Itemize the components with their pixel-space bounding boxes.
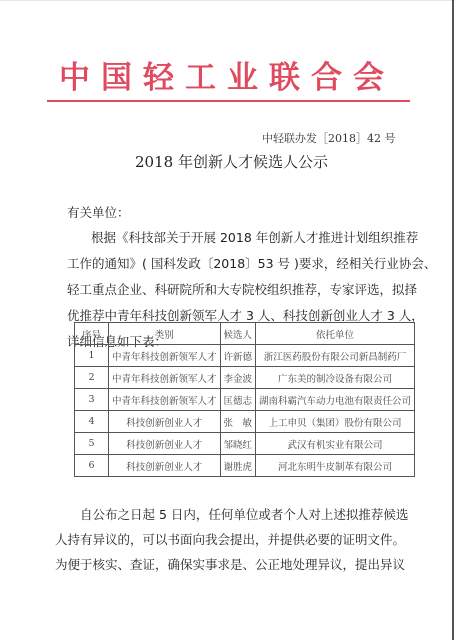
cell-category: 中青年科技创新领军人才 <box>109 345 221 367</box>
table-row: 4 科技创新创业人才 张 敏 上工申贝（集团）股份有限公司 <box>75 411 415 433</box>
cell-category: 科技创新创业人才 <box>109 455 221 477</box>
table-row: 3 中青年科技创新领军人才 匡德志 湖南科霸汽车动力电池有限责任公司 <box>75 389 415 411</box>
table-row: 6 科技创新创业人才 谢胜虎 河北东明牛皮制革有限公司 <box>75 455 415 477</box>
salutation: 有关单位： <box>67 203 130 223</box>
cell-category: 科技创新创业人才 <box>109 411 221 433</box>
paragraph-line: 自公布之日起 5 日内，任何单位或者个人对上述拟推荐候选 <box>55 502 408 527</box>
paragraph-line: 为便于核实、查证，确保实事求是、公正地处理异议，提出异议 <box>55 552 408 577</box>
cell-category: 中青年科技创新领军人才 <box>109 389 221 411</box>
table-row: 2 中青年科技创新领军人才 李金波 广东美的制冷设备有限公司 <box>75 367 415 389</box>
table-header-row: 序号 类别 候选人 依托单位 <box>75 323 415 345</box>
cell-candidate: 李金波 <box>220 367 256 389</box>
organization-masthead: 中国轻工业联合会 <box>46 58 408 98</box>
page-right-edge <box>452 0 454 640</box>
header-candidate: 候选人 <box>220 323 256 345</box>
paragraph-line: 人持有异议的，可以书面向我会提出，并提供必要的证明文件。 <box>55 527 408 552</box>
cell-candidate: 许新德 <box>220 345 256 367</box>
cell-index: 1 <box>75 345 109 367</box>
paragraph-line: 轻工重点企业、科研院所和大专院校组织推荐，专家评选，拟择 <box>67 277 387 303</box>
cell-candidate: 谢胜虎 <box>220 455 256 477</box>
paragraph-objection: 自公布之日起 5 日内，任何单位或者个人对上述拟推荐候选 人持有异议的，可以书面… <box>55 502 408 577</box>
cell-organization: 武汉有机实业有限公司 <box>256 433 415 455</box>
candidates-table: 序号 类别 候选人 依托单位 1 中青年科技创新领军人才 许新德 浙江医药股份有… <box>74 322 415 477</box>
document-title: 2018 年创新人才候选人公示 <box>135 151 328 172</box>
cell-index: 4 <box>75 411 109 433</box>
table-row: 5 科技创新创业人才 邹晓红 武汉有机实业有限公司 <box>75 433 415 455</box>
paragraph-line: 工作的通知》( 国科发政〔2018〕53 号 )要求，经相关行业协会、 <box>67 251 387 277</box>
header-organization: 依托单位 <box>256 323 415 345</box>
cell-organization: 上工申贝（集团）股份有限公司 <box>256 411 415 433</box>
header-category: 类别 <box>109 323 221 345</box>
cell-candidate: 邹晓红 <box>220 433 256 455</box>
cell-category: 科技创新创业人才 <box>109 433 221 455</box>
cell-organization: 河北东明牛皮制革有限公司 <box>256 455 415 477</box>
table-row: 1 中青年科技创新领军人才 许新德 浙江医药股份有限公司新昌制药厂 <box>75 345 415 367</box>
page-top-edge <box>0 0 455 1</box>
cell-organization: 浙江医药股份有限公司新昌制药厂 <box>256 345 415 367</box>
cell-organization: 湖南科霸汽车动力电池有限责任公司 <box>256 389 415 411</box>
cell-candidate: 张 敏 <box>220 411 256 433</box>
cell-organization: 广东美的制冷设备有限公司 <box>256 367 415 389</box>
cell-index: 6 <box>75 455 109 477</box>
cell-index: 5 <box>75 433 109 455</box>
cell-index: 3 <box>75 389 109 411</box>
cell-candidate: 匡德志 <box>220 389 256 411</box>
cell-category: 中青年科技创新领军人才 <box>109 367 221 389</box>
masthead-red-rule <box>47 100 410 102</box>
cell-index: 2 <box>75 367 109 389</box>
header-index: 序号 <box>75 323 109 345</box>
paragraph-line: 根据《科技部关于开展 2018 年创新人才推进计划组织推荐 <box>67 225 387 251</box>
document-number: 中轻联办发［2018］42 号 <box>262 130 396 146</box>
